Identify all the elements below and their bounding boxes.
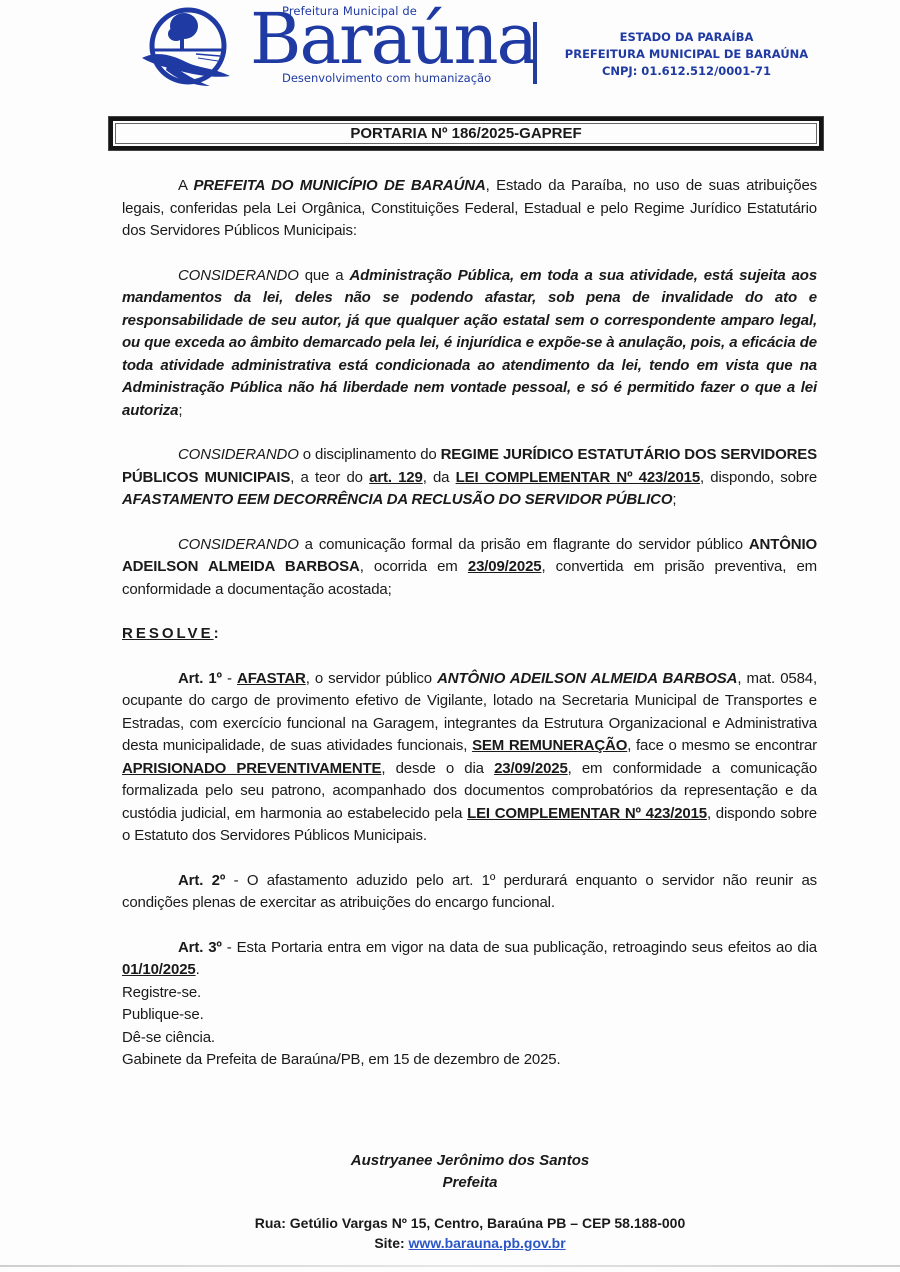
- signatory-role: Prefeita: [300, 1172, 640, 1194]
- footer: Rua: Getúlio Vargas Nº 15, Centro, Baraú…: [200, 1213, 740, 1253]
- closing-line-publish: Publique-se.: [122, 1004, 817, 1027]
- text: a comunicação formal da prisão em flagra…: [299, 536, 749, 553]
- closing-line-register: Registre-se.: [122, 982, 817, 1005]
- header-institution-block: ESTADO DA PARAÍBA PREFEITURA MUNICIPAL D…: [545, 29, 828, 80]
- brand-subtitle: Prefeitura Municipal de: [282, 4, 417, 18]
- considerando-label: CONSIDERANDO: [178, 267, 299, 284]
- document-title: PORTARIA Nº 186/2025-GAPREF: [109, 117, 823, 150]
- municipality-name: PREFEITURA MUNICIPAL DE BARAÚNA: [545, 46, 828, 63]
- text: - Esta Portaria entra em vigor na data d…: [222, 939, 817, 956]
- closing-line-notice: Dê-se ciência.: [122, 1027, 817, 1050]
- authority-name: PREFEITA DO MUNICÍPIO DE BARAÚNA: [193, 177, 485, 194]
- text: o disciplinamento do: [299, 446, 441, 463]
- resolve-label: RESOLVE: [122, 625, 214, 642]
- article-label: Art. 2º: [178, 872, 225, 889]
- place-and-date: Gabinete da Prefeita de Baraúna/PB, em 1…: [122, 1049, 817, 1072]
- footer-site: Site: www.barauna.pb.gov.br: [200, 1233, 740, 1253]
- text: , o servidor público: [306, 670, 437, 687]
- text: que a: [299, 267, 350, 284]
- emphasis-text: AFASTAMENTO EEM DECORRÊNCIA DA RECLUSÃO …: [122, 491, 672, 508]
- considerando-label: CONSIDERANDO: [178, 446, 299, 463]
- date: 01/10/2025: [122, 961, 196, 978]
- intro-paragraph: A PREFEITA DO MUNICÍPIO DE BARAÚNA, Esta…: [122, 175, 817, 243]
- considerando-paragraph-3: CONSIDERANDO a comunicação formal da pri…: [122, 534, 817, 602]
- article-2: Art. 2º - O afastamento aduzido pelo art…: [122, 870, 817, 915]
- article-reference: art. 129: [369, 469, 423, 486]
- text: - O afastamento aduzido pelo art. 1º per…: [122, 872, 817, 912]
- cnpj: CNPJ: 01.612.512/0001-71: [545, 63, 828, 80]
- text: , a teor do: [290, 469, 369, 486]
- action-keyword: AFASTAR: [237, 670, 306, 687]
- text: ;: [672, 491, 676, 508]
- header-divider: [533, 22, 537, 84]
- page-bottom-rule: [0, 1265, 900, 1267]
- text: , da: [423, 469, 456, 486]
- text: , face o mesmo se encontrar: [627, 737, 817, 754]
- state-name: ESTADO DA PARAÍBA: [545, 29, 828, 46]
- resolve-heading: RESOLVE:: [122, 623, 817, 646]
- considerando-paragraph-1: CONSIDERANDO que a Administração Pública…: [122, 265, 817, 423]
- emphasis-text: APRISIONADO PREVENTIVAMENTE: [122, 760, 381, 777]
- signatory-name: Austryanee Jerônimo dos Santos: [300, 1150, 640, 1172]
- date: 23/09/2025: [494, 760, 568, 777]
- text: , ocorrida em: [360, 558, 468, 575]
- law-reference: LEI COMPLEMENTAR Nº 423/2015: [456, 469, 700, 486]
- text: .: [196, 961, 200, 978]
- article-label: Art. 1º: [178, 670, 222, 687]
- considerando-label: CONSIDERANDO: [178, 536, 299, 553]
- text: , desde o dia: [381, 760, 494, 777]
- site-label: Site:: [374, 1235, 408, 1251]
- tree-hand-emblem-icon: [138, 6, 248, 92]
- signature-block: Austryanee Jerônimo dos Santos Prefeita: [300, 1150, 640, 1194]
- text: ;: [178, 402, 182, 419]
- servant-name: ANTÔNIO ADEILSON ALMEIDA BARBOSA: [437, 670, 737, 687]
- article-3: Art. 3º - Esta Portaria entra em vigor n…: [122, 937, 817, 982]
- text: , dispondo, sobre: [700, 469, 817, 486]
- text: A: [178, 177, 193, 194]
- emphasis-text: Administração Pública, em toda a sua ati…: [122, 267, 817, 419]
- brand-slogan: Desenvolvimento com humanização: [282, 71, 491, 85]
- letterhead: Baraúna Prefeitura Municipal de Desenvol…: [0, 0, 900, 100]
- emphasis-text: SEM REMUNERAÇÃO: [472, 737, 627, 754]
- document-body: A PREFEITA DO MUNICÍPIO DE BARAÚNA, Esta…: [122, 175, 817, 1072]
- footer-address: Rua: Getúlio Vargas Nº 15, Centro, Baraú…: [200, 1213, 740, 1233]
- article-label: Art. 3º: [178, 939, 222, 956]
- considerando-paragraph-2: CONSIDERANDO o disciplinamento do REGIME…: [122, 444, 817, 512]
- law-reference: LEI COMPLEMENTAR Nº 423/2015: [467, 805, 707, 822]
- site-link[interactable]: www.barauna.pb.gov.br: [409, 1235, 566, 1251]
- text: -: [222, 670, 237, 687]
- article-1: Art. 1º - AFASTAR, o servidor público AN…: [122, 668, 817, 848]
- date: 23/09/2025: [468, 558, 542, 575]
- text: :: [214, 625, 222, 642]
